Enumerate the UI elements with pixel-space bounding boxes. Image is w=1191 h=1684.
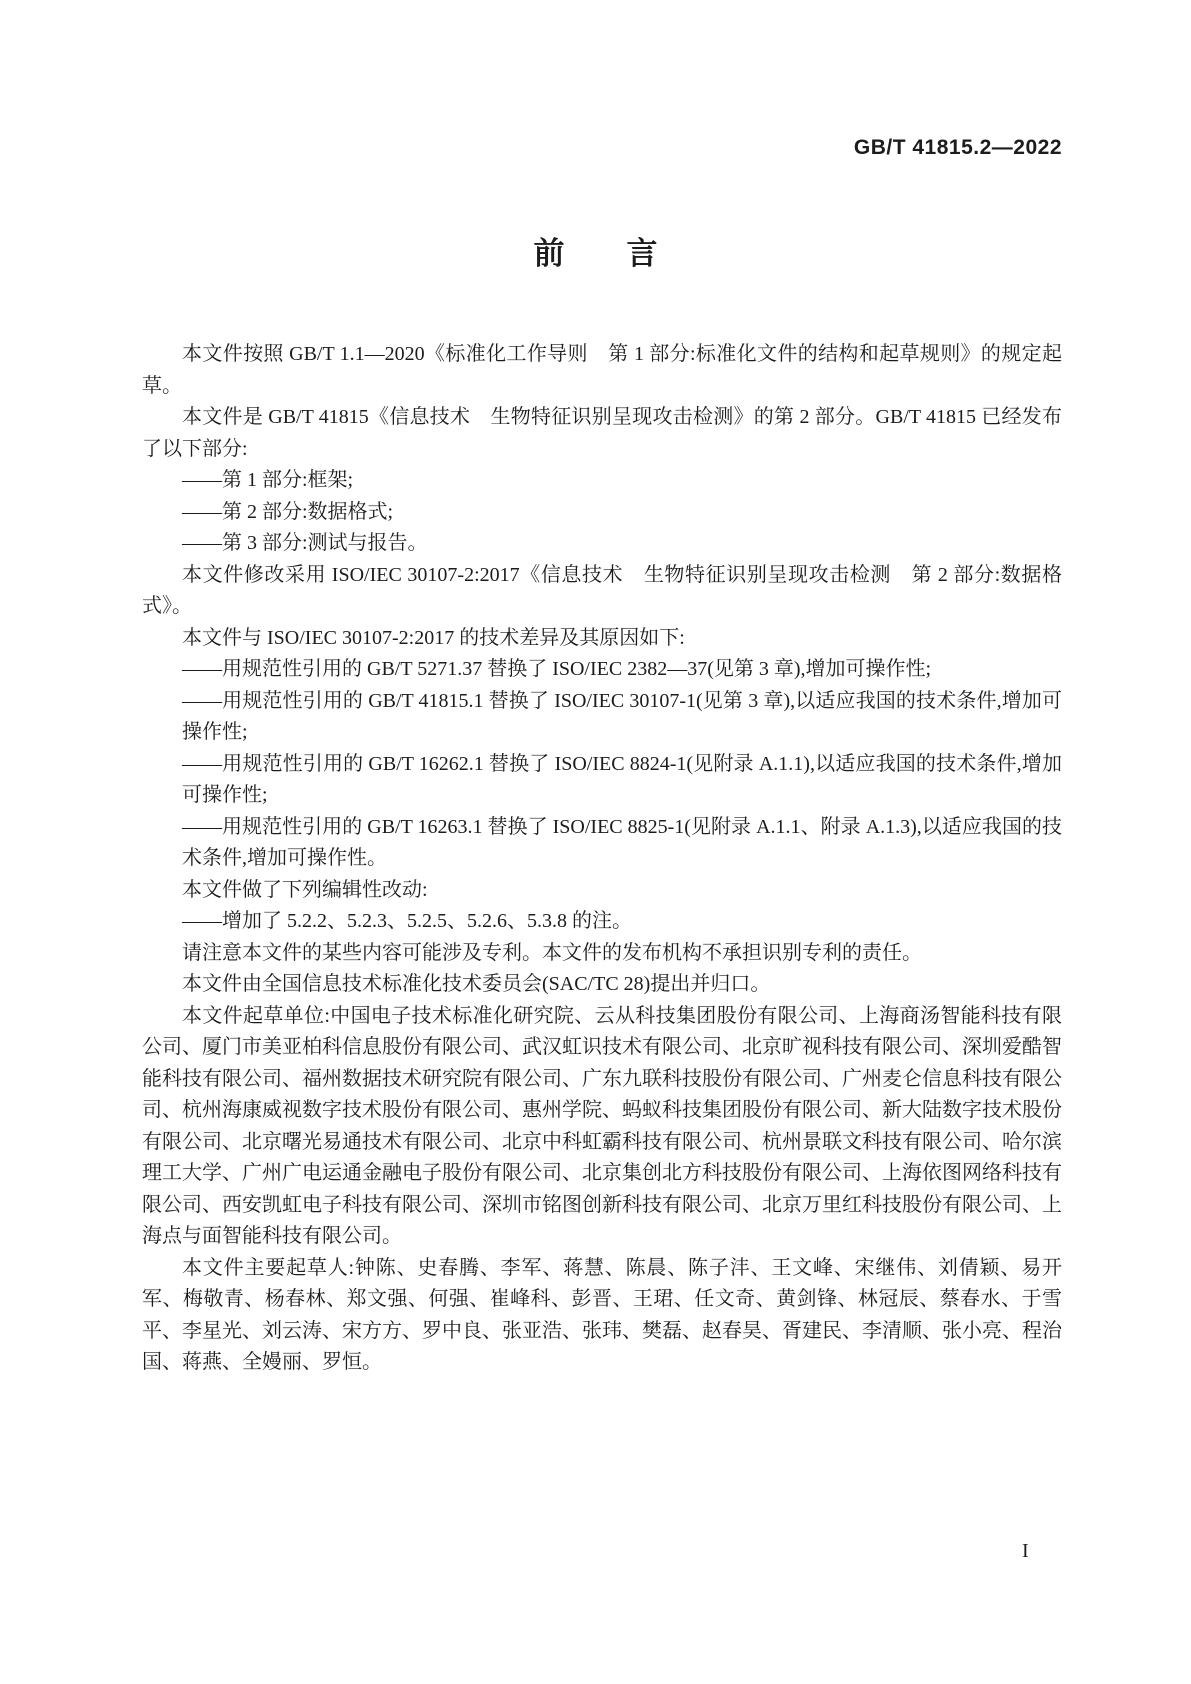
document-page: GB/T 41815.2—2022 前 言 本文件按照 GB/T 1.1—202… — [0, 0, 1191, 1684]
foreword-body: 本文件按照 GB/T 1.1—2020《标准化工作导则 第 1 部分:标准化文件… — [142, 339, 1062, 1379]
paragraph: 本文件由全国信息技术标准化技术委员会(SAC/TC 28)提出并归口。 — [142, 969, 1062, 1001]
paragraph: ——用规范性引用的 GB/T 16262.1 替换了 ISO/IEC 8824-… — [182, 749, 1062, 812]
paragraph: 本文件做了下列编辑性改动: — [142, 875, 1062, 907]
page-title: 前 言 — [0, 228, 1191, 273]
paragraph: ——用规范性引用的 GB/T 16263.1 替换了 ISO/IEC 8825-… — [182, 812, 1062, 875]
paragraph: 本文件是 GB/T 41815《信息技术 生物特征识别呈现攻击检测》的第 2 部… — [142, 402, 1062, 465]
paragraph: ——用规范性引用的 GB/T 41815.1 替换了 ISO/IEC 30107… — [182, 686, 1062, 749]
paragraph: 请注意本文件的某些内容可能涉及专利。本文件的发布机构不承担识别专利的责任。 — [142, 938, 1062, 970]
page-number: I — [1022, 1540, 1029, 1563]
paragraph: 本文件按照 GB/T 1.1—2020《标准化工作导则 第 1 部分:标准化文件… — [142, 339, 1062, 402]
paragraph: ——第 3 部分:测试与报告。 — [182, 528, 1062, 560]
paragraph: 本文件与 ISO/IEC 30107-2:2017 的技术差异及其原因如下: — [142, 623, 1062, 655]
paragraph: 本文件起草单位:中国电子技术标准化研究院、云从科技集团股份有限公司、上海商汤智能… — [142, 1001, 1062, 1253]
paragraph: 本文件主要起草人:钟陈、史春腾、李军、蒋慧、陈晨、陈子沣、王文峰、宋继伟、刘倩颖… — [142, 1253, 1062, 1379]
paragraph: 本文件修改采用 ISO/IEC 30107-2:2017《信息技术 生物特征识别… — [142, 560, 1062, 623]
paragraph: ——第 2 部分:数据格式; — [182, 497, 1062, 529]
paragraph: ——用规范性引用的 GB/T 5271.37 替换了 ISO/IEC 2382—… — [182, 654, 1062, 686]
paragraph: ——第 1 部分:框架; — [182, 465, 1062, 497]
paragraph: ——增加了 5.2.2、5.2.3、5.2.5、5.2.6、5.3.8 的注。 — [182, 906, 1062, 938]
standard-number: GB/T 41815.2—2022 — [854, 136, 1062, 160]
